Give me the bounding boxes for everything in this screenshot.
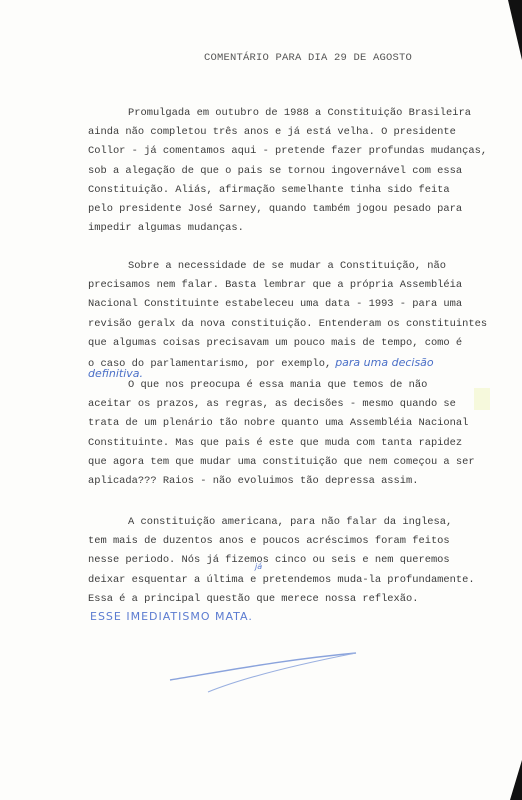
text-line: Essa é a principal questão que merece no… — [88, 590, 508, 609]
text-line: precisamos nem falar. Basta lembrar que … — [88, 276, 508, 295]
paragraph-2: Sobre a necessidade de se mudar a Consti… — [88, 257, 508, 383]
scan-corner-shadow-top — [508, 0, 522, 60]
text-line: aplicada??? Raios - não evoluimos tão de… — [88, 472, 508, 491]
paragraph-3: O que nos preocupa é essa mania que temo… — [88, 376, 508, 491]
text-line: que algumas coisas precisavam um pouco m… — [88, 334, 508, 353]
text-line: ainda não completou três anos e já está … — [88, 123, 508, 142]
handwritten-note: ESSE IMEDIATISMO MATA. — [90, 610, 253, 623]
text-line: Constituinte. Mas que pais é este que mu… — [88, 434, 508, 453]
text-line: Collor - já comentamos aqui - pretende f… — [88, 142, 508, 161]
text-line: revisão geralx da nova constituição. Ent… — [88, 315, 508, 334]
text-line: sob a alegação de que o pais se tornou i… — [88, 162, 508, 181]
text-line: pelo presidente José Sarney, quando tamb… — [88, 200, 508, 219]
document-title: COMENTÁRIO PARA DIA 29 DE AGOSTO — [204, 52, 412, 64]
signature-icon — [160, 650, 380, 700]
text-line: O que nos preocupa é essa mania que temo… — [88, 376, 508, 395]
text-line: Promulgada em outubro de 1988 a Constitu… — [88, 104, 508, 123]
handwritten-insert: para uma decisão — [335, 356, 433, 369]
paragraph-1: Promulgada em outubro de 1988 a Constitu… — [88, 104, 508, 238]
text-line: impedir algumas mudanças. — [88, 219, 508, 238]
text-line: A constituição americana, para não falar… — [88, 513, 508, 532]
text-line: deixar esquentar a última e pretendemos … — [88, 571, 508, 590]
text-line: trata de um plenário tão nobre quanto um… — [88, 414, 508, 433]
text-line: o caso do parlamentarismo, por exemplo,p… — [88, 353, 508, 367]
text-line: Sobre a necessidade de se mudar a Consti… — [88, 257, 508, 276]
text-line: nesse periodo. Nós já fizemos cinco ou s… — [88, 551, 508, 570]
handwritten-mark: já — [255, 562, 262, 571]
text-line: aceitar os prazos, as regras, as decisõe… — [88, 395, 508, 414]
text-line: tem mais de duzentos anos e poucos acrés… — [88, 532, 508, 551]
text-line: Constituição. Aliás, afirmação semelhant… — [88, 181, 508, 200]
text-line: Nacional Constituinte estabeleceu uma da… — [88, 295, 508, 314]
text-line: que agora tem que mudar uma constituição… — [88, 453, 508, 472]
scan-corner-shadow-bottom — [510, 760, 522, 800]
paragraph-4: A constituição americana, para não falar… — [88, 513, 508, 609]
